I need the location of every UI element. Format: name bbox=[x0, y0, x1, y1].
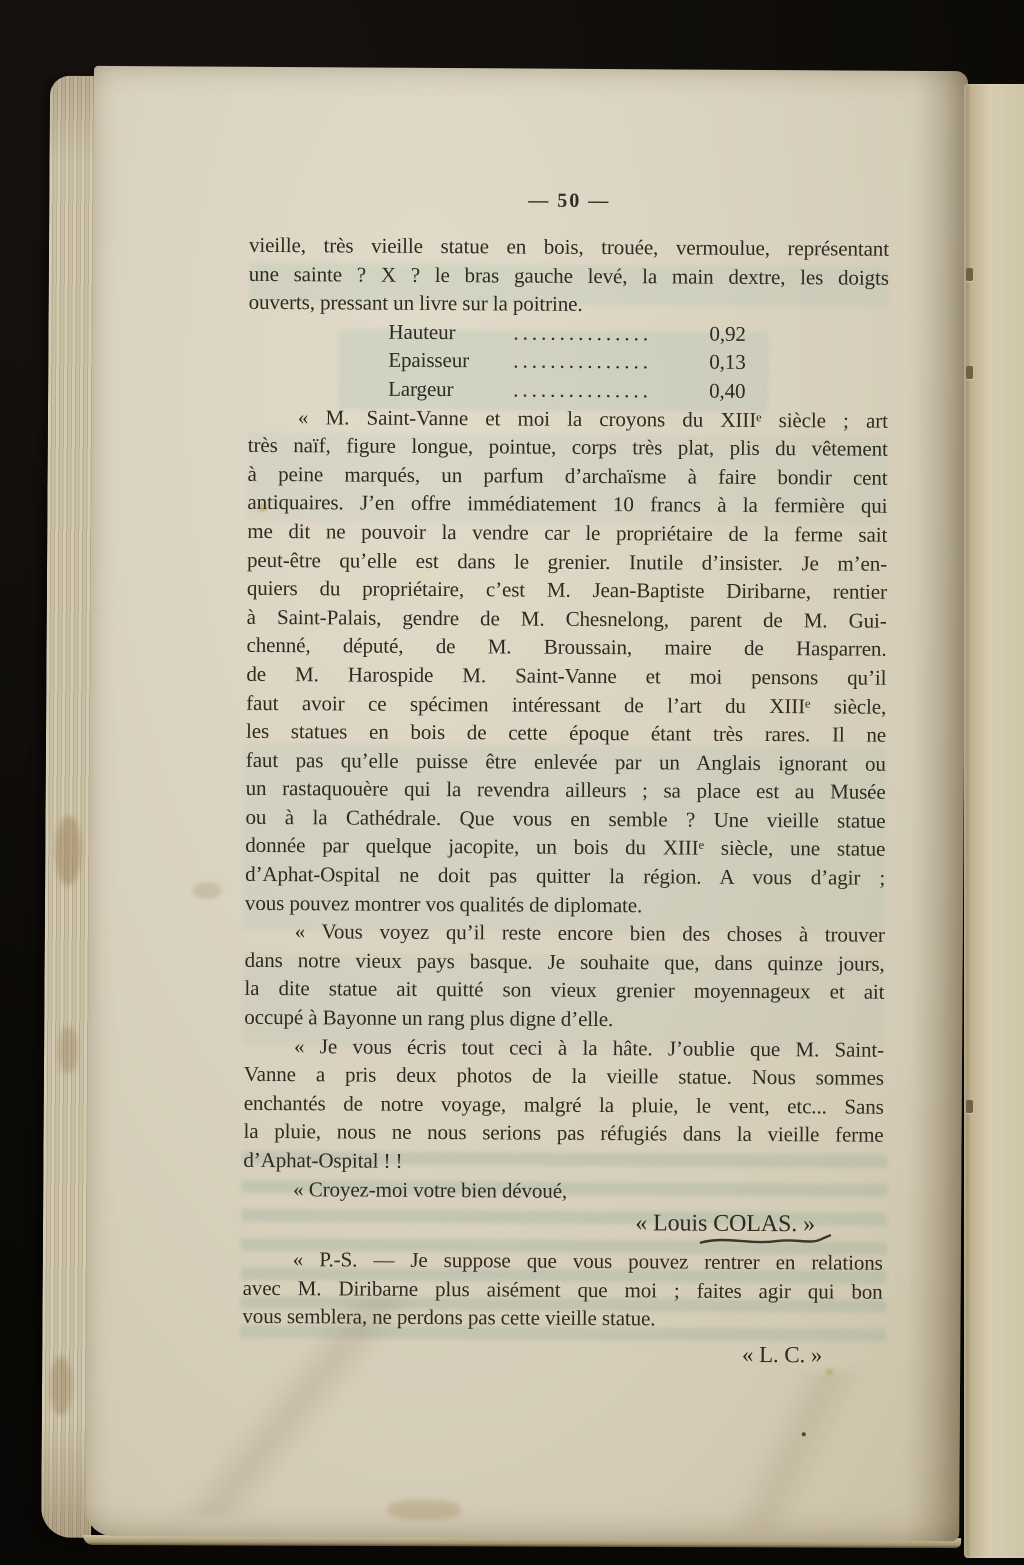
text-column: — 50 — vieille, très vieille statue en b… bbox=[242, 185, 889, 1373]
text-line: vous semblera, ne perdons pas cette viei… bbox=[242, 1302, 882, 1335]
text-line: quiers du propriétaire, c’est M. Jean-Ba… bbox=[247, 574, 887, 607]
closing-initials: « L. C. » bbox=[242, 1335, 882, 1373]
text-line: enchantés de notre voyage, malgré la plu… bbox=[244, 1089, 884, 1122]
binding-stitch bbox=[966, 268, 973, 281]
text-line: avec M. Diribarne plus aisément que moi … bbox=[243, 1274, 883, 1307]
gutter-shadow bbox=[907, 71, 968, 1541]
book-page: — 50 — vieille, très vieille statue en b… bbox=[85, 66, 968, 1541]
text-line: chenné, député, de M. Broussain, maire d… bbox=[246, 631, 886, 664]
text-line: de M. Harospide M. Saint-Vanne et moi pe… bbox=[246, 660, 886, 693]
leader-dots: ............... bbox=[513, 375, 709, 405]
measurement-table: Hauteur...............0,92Epaisseur.....… bbox=[388, 317, 829, 405]
flourish-underline bbox=[699, 1232, 833, 1251]
text-line: les statues en bois de cette époque étan… bbox=[246, 717, 886, 750]
text-line: occupé à Bayonne un rang plus digne d’el… bbox=[244, 1003, 884, 1036]
stain bbox=[193, 883, 221, 899]
text-line: une sainte ? X ? le bras gauche levé, la… bbox=[249, 259, 889, 292]
text-line: faut avoir ce spécimen intéressant de l’… bbox=[246, 688, 886, 721]
text-line: faut pas qu’elle puisse être enlevée par… bbox=[246, 746, 886, 779]
leader-dots: ............... bbox=[513, 347, 709, 377]
text-line: ouverts, pressant un livre sur la poitri… bbox=[249, 288, 889, 321]
binding-stitch bbox=[966, 366, 973, 379]
edge-smudge bbox=[55, 816, 81, 886]
book: — 50 — vieille, très vieille statue en b… bbox=[0, 0, 1024, 1565]
paper-crease bbox=[645, 1369, 946, 1531]
edge-smudge bbox=[50, 1356, 72, 1416]
paragraph: « Croyez-moi votre bien dévoué, bbox=[243, 1174, 883, 1207]
paragraph: « P.-S. — Je suppose que vous pouvez ren… bbox=[242, 1245, 883, 1335]
table-row: Epaisseur...............0,13 bbox=[388, 346, 828, 377]
adjacent-page-edge bbox=[964, 84, 1024, 1558]
text-line: antiquaires. J’en offre immédiatement 10… bbox=[247, 488, 887, 521]
text-line: vous pouvez montrer vos qualités de dipl… bbox=[245, 888, 885, 921]
text-line: ou à la Cathédrale. Que vous en semble ?… bbox=[245, 803, 885, 836]
text-line: à peine marqués, un parfum d’archaïsme à… bbox=[248, 460, 888, 493]
text-line: me dit ne pouvoir la vendre car le propr… bbox=[247, 517, 887, 550]
measure-label: Hauteur bbox=[388, 317, 513, 346]
measure-value: 0,40 bbox=[709, 377, 828, 406]
paragraph: « Vous voyez qu’il reste encore bien des… bbox=[244, 917, 885, 1035]
text-line: « Je vous écris tout ceci à la hâte. J’o… bbox=[244, 1031, 884, 1064]
signature-line: « Louis COLAS. » bbox=[243, 1205, 883, 1245]
text-line: Vanne a pris deux photos de la vieille s… bbox=[244, 1060, 884, 1093]
photo-backdrop: — 50 — vieille, très vieille statue en b… bbox=[0, 0, 1024, 1565]
leader-dots: ............... bbox=[513, 318, 709, 348]
text-line: très naïf, figure longue, pointue, corps… bbox=[248, 431, 888, 464]
paragraph: « M. Saint-Vanne et moi la croyons du XI… bbox=[245, 402, 888, 921]
text-line: la pluie, nous ne nous serions pas réfug… bbox=[243, 1117, 883, 1150]
text-line: dans notre vieux pays basque. Je souhait… bbox=[245, 946, 885, 979]
text-line: donnée par quelque jacopite, un bois du … bbox=[245, 831, 885, 864]
text-line: la dite statue ait quitté son vieux gren… bbox=[244, 974, 884, 1007]
measure-label: Largeur bbox=[388, 375, 513, 404]
measure-label: Epaisseur bbox=[388, 346, 513, 375]
table-row: Hauteur...............0,92 bbox=[388, 317, 828, 348]
paragraph: vieille, très vieille statue en bois, tr… bbox=[249, 231, 890, 321]
measure-value: 0,92 bbox=[709, 319, 828, 348]
text-line: « Vous voyez qu’il reste encore bien des… bbox=[245, 917, 885, 950]
paragraph: « Je vous écris tout ceci à la hâte. J’o… bbox=[243, 1031, 884, 1178]
text-line: « M. Saint-Vanne et moi la croyons du XI… bbox=[248, 402, 888, 435]
text-line: à Saint-Palais, gendre de M. Chesnelong,… bbox=[247, 603, 887, 636]
text-line: peut-être qu’elle est dans le grenier. I… bbox=[247, 545, 887, 578]
table-row: Largeur...............0,40 bbox=[388, 375, 828, 406]
edge-smudge bbox=[58, 1026, 78, 1074]
text-line: un rastaquouère qui la revendra ailleurs… bbox=[246, 774, 886, 807]
text-line: d’Aphat-Ospital ne doit pas quitter la r… bbox=[245, 860, 885, 893]
measure-value: 0,13 bbox=[709, 348, 828, 377]
page-number: — 50 — bbox=[249, 185, 889, 213]
text-line: d’Aphat-Ospital ! ! bbox=[243, 1146, 883, 1179]
binding-stitch bbox=[966, 1100, 973, 1113]
text-line: « Croyez-moi votre bien dévoué, bbox=[243, 1174, 883, 1207]
text-line: vieille, très vieille statue en bois, tr… bbox=[249, 231, 889, 264]
